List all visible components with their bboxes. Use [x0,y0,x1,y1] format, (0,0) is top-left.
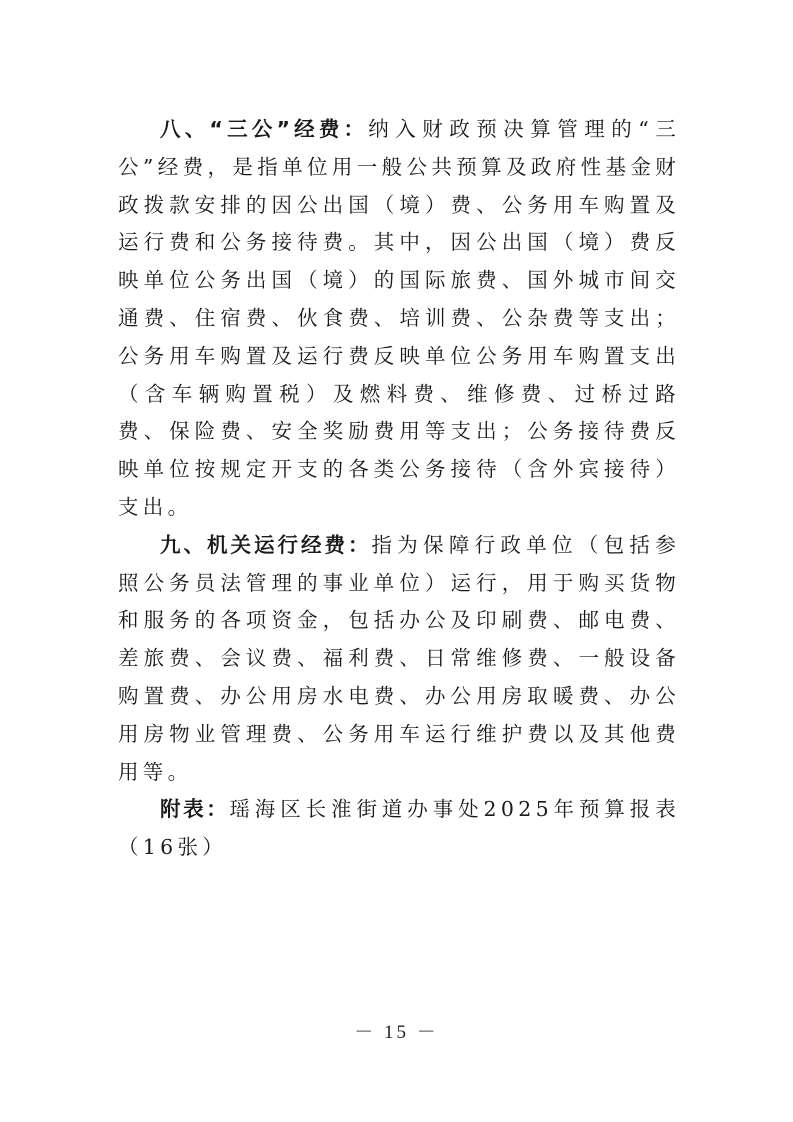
paragraph-text: 指为保障行政单位（包括参照公务员法管理的事业单位）运行，用于购买货物和服务的各项… [118,533,680,784]
document-page: 八、“三公”经费：纳入财政预决算管理的“三公”经费，是指单位用一般公共预算及政府… [0,0,793,1122]
paragraph-heading: 八、“三公”经费： [160,117,368,141]
document-body: 八、“三公”经费：纳入财政预决算管理的“三公”经费，是指单位用一般公共预算及政府… [118,111,680,867]
paragraph-agency-operating-expenses: 九、机关运行经费：指为保障行政单位（包括参照公务员法管理的事业单位）运行，用于购… [118,527,680,792]
page-number: － 15 － [0,1017,793,1044]
paragraph-heading: 附表： [160,797,229,821]
paragraph-appendix: 附表：瑶海区长淮街道办事处2025年预算报表（16张） [118,791,680,867]
paragraph-heading: 九、机关运行经费： [160,533,371,557]
paragraph-three-public-expenses: 八、“三公”经费：纳入财政预决算管理的“三公”经费，是指单位用一般公共预算及政府… [118,111,680,527]
paragraph-text: 纳入财政预决算管理的“三公”经费，是指单位用一般公共预算及政府性基金财政拨款安排… [118,117,680,519]
